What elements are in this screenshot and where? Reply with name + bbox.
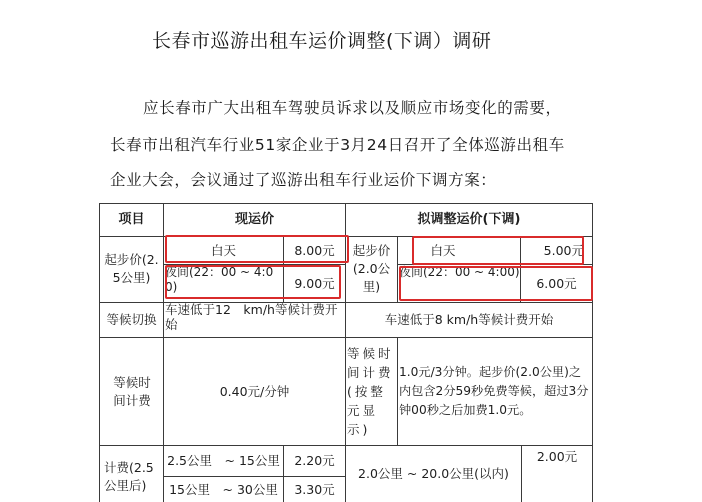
- highlight-proposed-night: [399, 266, 593, 301]
- highlight-current-night: [165, 265, 341, 299]
- current-wait-fee: 0.40元/分钟: [164, 338, 345, 445]
- current-mileage-price-2: 3.30元: [284, 477, 345, 502]
- table-divider: [397, 337, 398, 445]
- header-item: 项目: [100, 204, 163, 236]
- fare-table: 项目 现运价 拟调整运价(下调) 起步价(2.5公里) 白天 8.00元 夜间(…: [0, 0, 702, 502]
- table-border-right: [592, 203, 593, 502]
- current-mileage-price-1: 2.20元: [284, 446, 345, 476]
- proposed-mileage-range: 2.0公里 ~ 20.0公里(以内): [346, 446, 521, 502]
- proposed-mileage-price: 2.00元: [522, 446, 592, 468]
- proposed-wait-fee: 1.0元/3分钟。起步价(2.0公里)之内包含2分59秒免费等候，超过3分钟00…: [399, 338, 591, 445]
- header-current-fare: 现运价: [164, 204, 345, 236]
- mileage-label: 计费(2.5公里后): [104, 452, 160, 502]
- proposed-wait-switch: 车速低于8 km/h等候计费开始: [346, 303, 592, 337]
- highlight-proposed-day: [412, 236, 584, 265]
- header-proposed-fare: 拟调整运价(下调): [346, 204, 592, 236]
- current-mileage-range-2: 15公里 ~ 30公里: [164, 477, 283, 502]
- proposed-wait-fee-label: 等候时间计费(按整元显示): [347, 338, 397, 445]
- wait-switch-label: 等候切换: [100, 303, 163, 337]
- wait-fee-label: 等候时间计费: [108, 338, 156, 445]
- proposed-start-price-label: 起步价(2.0公里): [346, 238, 397, 300]
- current-wait-switch: 车速低于12 km/h等候计费开始: [165, 302, 345, 337]
- start-price-label: 起步价(2.5公里): [102, 238, 161, 300]
- highlight-current-day: [165, 235, 349, 263]
- table-border-left: [99, 203, 100, 502]
- current-mileage-range-1: 2.5公里 ~ 15公里: [164, 446, 283, 476]
